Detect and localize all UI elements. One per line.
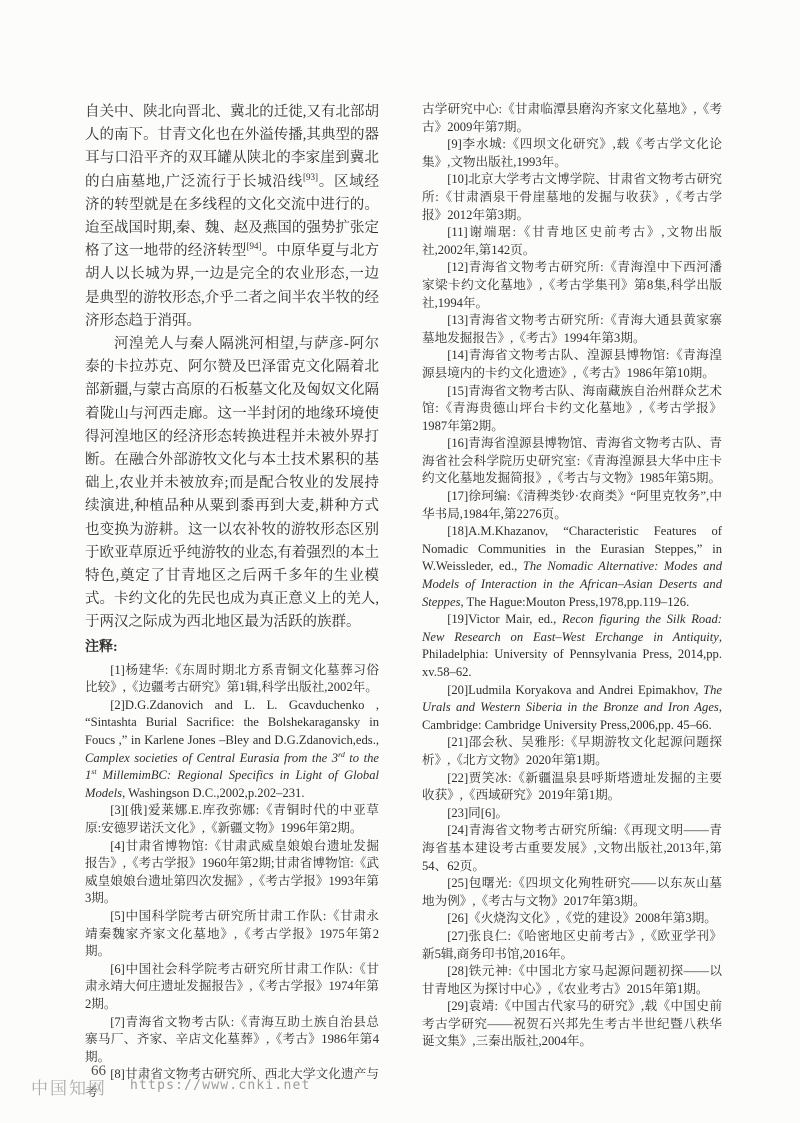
page-number: 66 [91,1063,106,1080]
note-item: [10]北京大学考古文博学院、甘肃省文物考古研究所:《甘肃酒泉干骨崖墓地的发掘与… [422,171,722,224]
note-item: [27]张良仁:《哈密地区史前考古》,《欧亚学刊》新5辑,商务印书馆,2016年… [422,928,722,963]
note-item: [21]邵会秋、吴雅彤:《早期游牧文化起源问题探析》,《北方文物》2020年第1… [422,734,722,769]
note-item: [9]李水城:《四坝文化研究》,载《考古学文化论集》,文物出版社,1993年。 [422,136,722,171]
note-item: [28]铁元神:《中国北方家马起源问题初探——以甘青地区为探讨中心》,《农业考古… [422,963,722,998]
note-item: [17]徐珂编:《清稗类钞·农商类》“阿里克牧务”,中华书局,1984年,第22… [422,488,722,523]
note-item: [20]Ludmila Koryakova and Andrei Epimakh… [422,682,722,735]
notes-heading: 注释: [85,638,379,658]
article-paragraphs: 自关中、陕北向晋北、冀北的迁徙,又有北部胡人的南下。甘青文化也在外溢传播,其典型… [85,101,379,635]
note-item: 古学研究中心:《甘肃临潭县磨沟齐家文化墓地》,《考古》2009年第7期。 [422,101,722,136]
note-item: [23]同[6]。 [422,805,722,823]
note-item: [24]青海省文物考古研究所编:《再现文明——青海省基本建设考古重要发展》,文物… [422,822,722,875]
note-item: [19]Victor Mair, ed., Recon figuring the… [422,611,722,681]
notes-right: 古学研究中心:《甘肃临潭县磨沟齐家文化墓地》,《考古》2009年第7期。[9]李… [422,101,722,1051]
note-item: [1]杨建华:《东周时期北方系青铜文化墓葬习俗比较》,《边疆考古研究》第1辑,科… [85,662,379,697]
note-item: [14]青海省文物考古队、湟源县博物馆:《青海湟源县境内的卡约文化遗迹》,《考古… [422,347,722,382]
note-item: [22]贾笑冰:《新疆温泉县呼斯塔遗址发掘的主要收获》,《西域研究》2019年第… [422,770,722,805]
note-item: [25]包曙光:《四坝文化殉牲研究——以东灰山墓地为例》,《考古与文物》2017… [422,875,722,910]
article-paragraph: 河湟羌人与秦人隔洮河相望,与萨彦-阿尔泰的卡拉苏克、阿尔赞及巴泽雷克文化隔着北部… [85,333,379,635]
article-paragraph: 自关中、陕北向晋北、冀北的迁徙,又有北部胡人的南下。甘青文化也在外溢传播,其典型… [85,101,379,333]
note-item: [7]青海省文物考古队:《青海互助土族自治县总寨马厂、齐家、辛店文化墓葬》,《考… [85,1014,379,1067]
notes-left: [1]杨建华:《东周时期北方系青铜文化墓葬习俗比较》,《边疆考古研究》第1辑,科… [85,662,379,1102]
note-item: [26]《火烧沟文化》,《党的建设》2008年第3期。 [422,910,722,928]
note-item: [29]袁靖:《中国古代家马的研究》,载《中国史前考古学研究——祝贺石兴邦先生考… [422,998,722,1051]
note-item: [15]青海省文物考古队、海南藏族自治州群众艺术馆:《青海贵德山坪台卡约文化墓地… [422,383,722,436]
note-item: [3][俄]爱莱娜.E.库孜弥娜:《青铜时代的中亚草原:安德罗诺沃文化》,《新疆… [85,802,379,837]
note-item: [5]中国科学院考古研究所甘肃工作队:《甘肃永靖秦魏家齐家文化墓地》,《考古学报… [85,908,379,961]
paper-page: 自关中、陕北向晋北、冀北的迁徙,又有北部胡人的南下。甘青文化也在外溢传播,其典型… [0,0,800,1123]
note-item: [4]甘肃省博物馆:《甘肃武威皇娘娘台遗址发掘报告》,《考古学报》1960年第2… [85,838,379,908]
left-column: 自关中、陕北向晋北、冀北的迁徙,又有北部胡人的南下。甘青文化也在外溢传播,其典型… [85,101,379,1102]
cnki-watermark-url: https://www.cnki.net [130,1078,311,1093]
note-item: [11]谢端琚:《甘青地区史前考古》,文物出版社,2002年,第142页。 [422,224,722,259]
note-item: [13]青海省文物考古研究所:《青海大通县黄家寨墓地发掘报告》,《考古》1994… [422,312,722,347]
note-item: [6]中国社会科学院考古研究所甘肃工作队:《甘肃永靖大何庄遗址发掘报告》,《考古… [85,961,379,1014]
note-item: [16]青海省湟源县博物馆、青海省文物考古队、青海省社会科学院历史研究室:《青海… [422,435,722,488]
right-column: 古学研究中心:《甘肃临潭县磨沟齐家文化墓地》,《考古》2009年第7期。[9]李… [422,101,722,1051]
note-item: [12]青海省文物考古研究所:《青海湟中下西河潘家梁卡约文化墓地》,《考古学集刊… [422,259,722,312]
note-item: [2]D.G.Zdanovich and L. L. Gcavduchenko … [85,697,379,803]
note-item: [18]A.M.Khazanov, “Characteristic Featur… [422,523,722,611]
